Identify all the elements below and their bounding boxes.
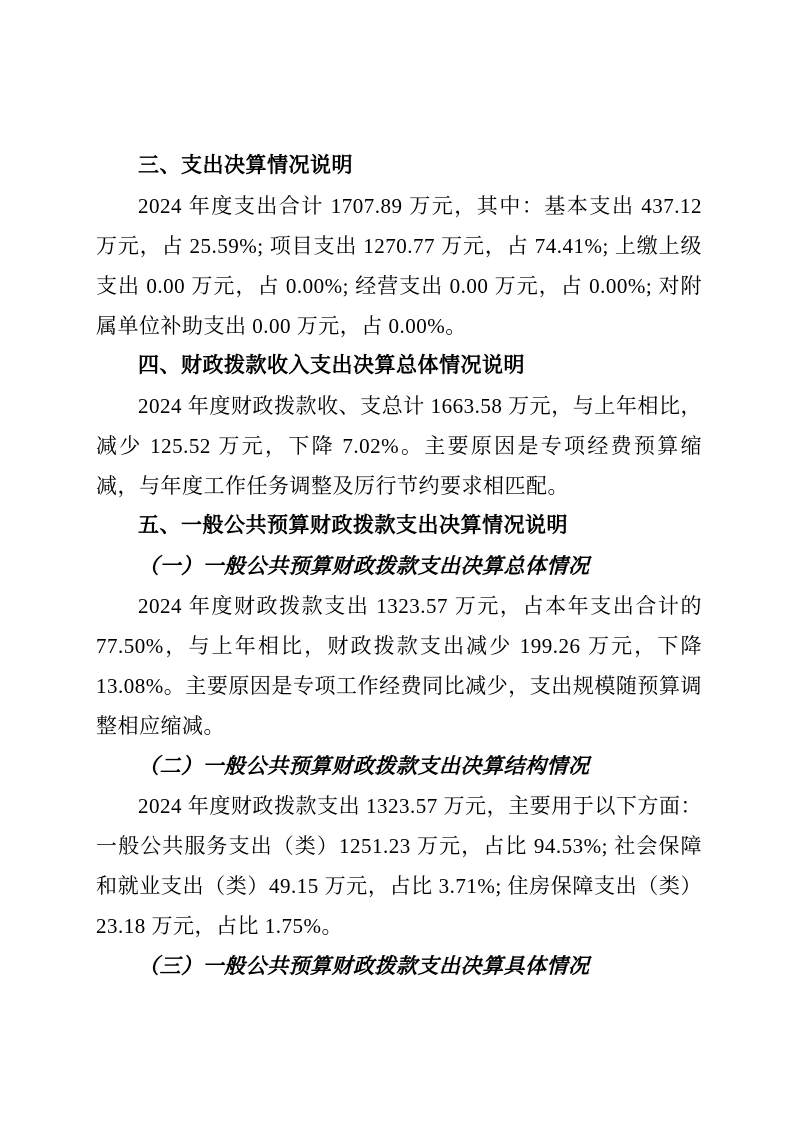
heading-section-five-general-public-budget: 五、一般公共预算财政拨款支出决算情况说明 bbox=[96, 506, 702, 546]
paragraph-general-budget-overall: 2024 年度财政拨款支出 1323.57 万元，占本年支出合计的 77.50%… bbox=[96, 586, 702, 746]
document-page: 三、支出决算情况说明 2024 年度支出合计 1707.89 万元，其中：基本支… bbox=[0, 0, 793, 1122]
subheading-5-2-structure-situation: （二）一般公共预算财政拨款支出决算结构情况 bbox=[96, 746, 702, 786]
paragraph-fiscal-appropriation-total: 2024 年度财政拨款收、支总计 1663.58 万元，与上年相比，减少 125… bbox=[96, 386, 702, 506]
heading-section-three-expenditure: 三、支出决算情况说明 bbox=[96, 146, 702, 186]
paragraph-general-budget-structure: 2024 年度财政拨款支出 1323.57 万元，主要用于以下方面：一般公共服务… bbox=[96, 786, 702, 946]
heading-section-four-fiscal-appropriation-overall: 四、财政拨款收入支出决算总体情况说明 bbox=[96, 346, 702, 386]
document-content: 三、支出决算情况说明 2024 年度支出合计 1707.89 万元，其中：基本支… bbox=[96, 146, 702, 986]
subheading-5-3-specific-situation: （三）一般公共预算财政拨款支出决算具体情况 bbox=[96, 946, 702, 986]
paragraph-expenditure-summary: 2024 年度支出合计 1707.89 万元，其中：基本支出 437.12 万元… bbox=[96, 186, 702, 346]
subheading-5-1-overall-situation: （一）一般公共预算财政拨款支出决算总体情况 bbox=[96, 546, 702, 586]
